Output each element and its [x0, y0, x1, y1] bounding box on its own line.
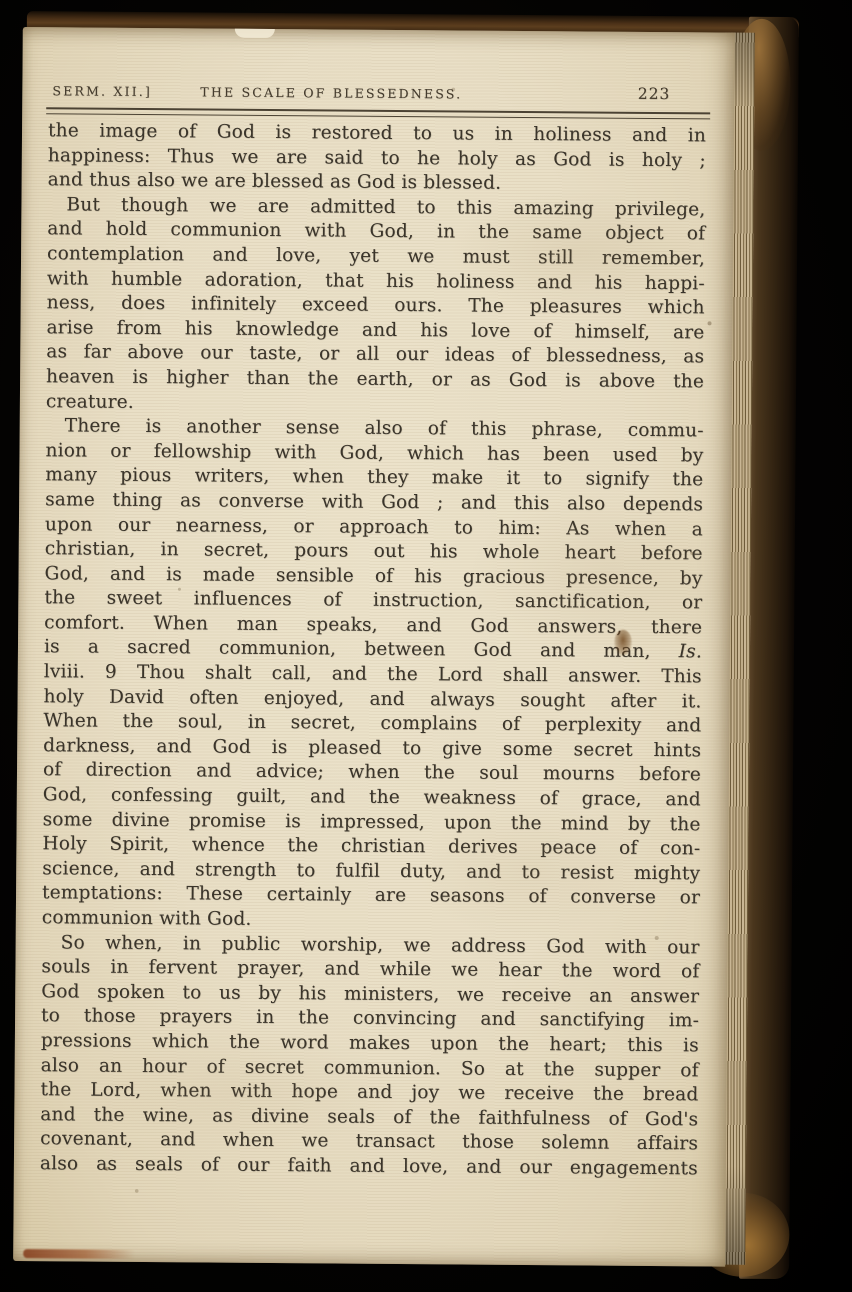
paper-chip-notch	[235, 29, 275, 38]
page-number: 223	[638, 85, 671, 103]
book: SERM. XII.] THE SCALE OF BLESSEDNESS. 22…	[3, 11, 799, 1281]
text-block: the image of God is restored to us in ho…	[40, 119, 706, 1182]
edge-stain	[23, 1249, 135, 1259]
section-label: SERM. XII.]	[52, 83, 152, 99]
photo-background: SERM. XII.] THE SCALE OF BLESSEDNESS. 22…	[0, 0, 852, 1292]
page-title: THE SCALE OF BLESSEDNESS.	[200, 84, 462, 101]
header-rule	[46, 107, 710, 119]
text-line: also as seals of our faith and love, and…	[40, 1152, 698, 1182]
ink-stain	[614, 630, 632, 656]
text-line: heaven is higher than the earth, or as G…	[46, 365, 704, 395]
book-page: SERM. XII.] THE SCALE OF BLESSEDNESS. 22…	[13, 27, 735, 1267]
foxing-specks	[23, 27, 25, 29]
running-head: SERM. XII.] THE SCALE OF BLESSEDNESS. 22…	[50, 83, 706, 108]
